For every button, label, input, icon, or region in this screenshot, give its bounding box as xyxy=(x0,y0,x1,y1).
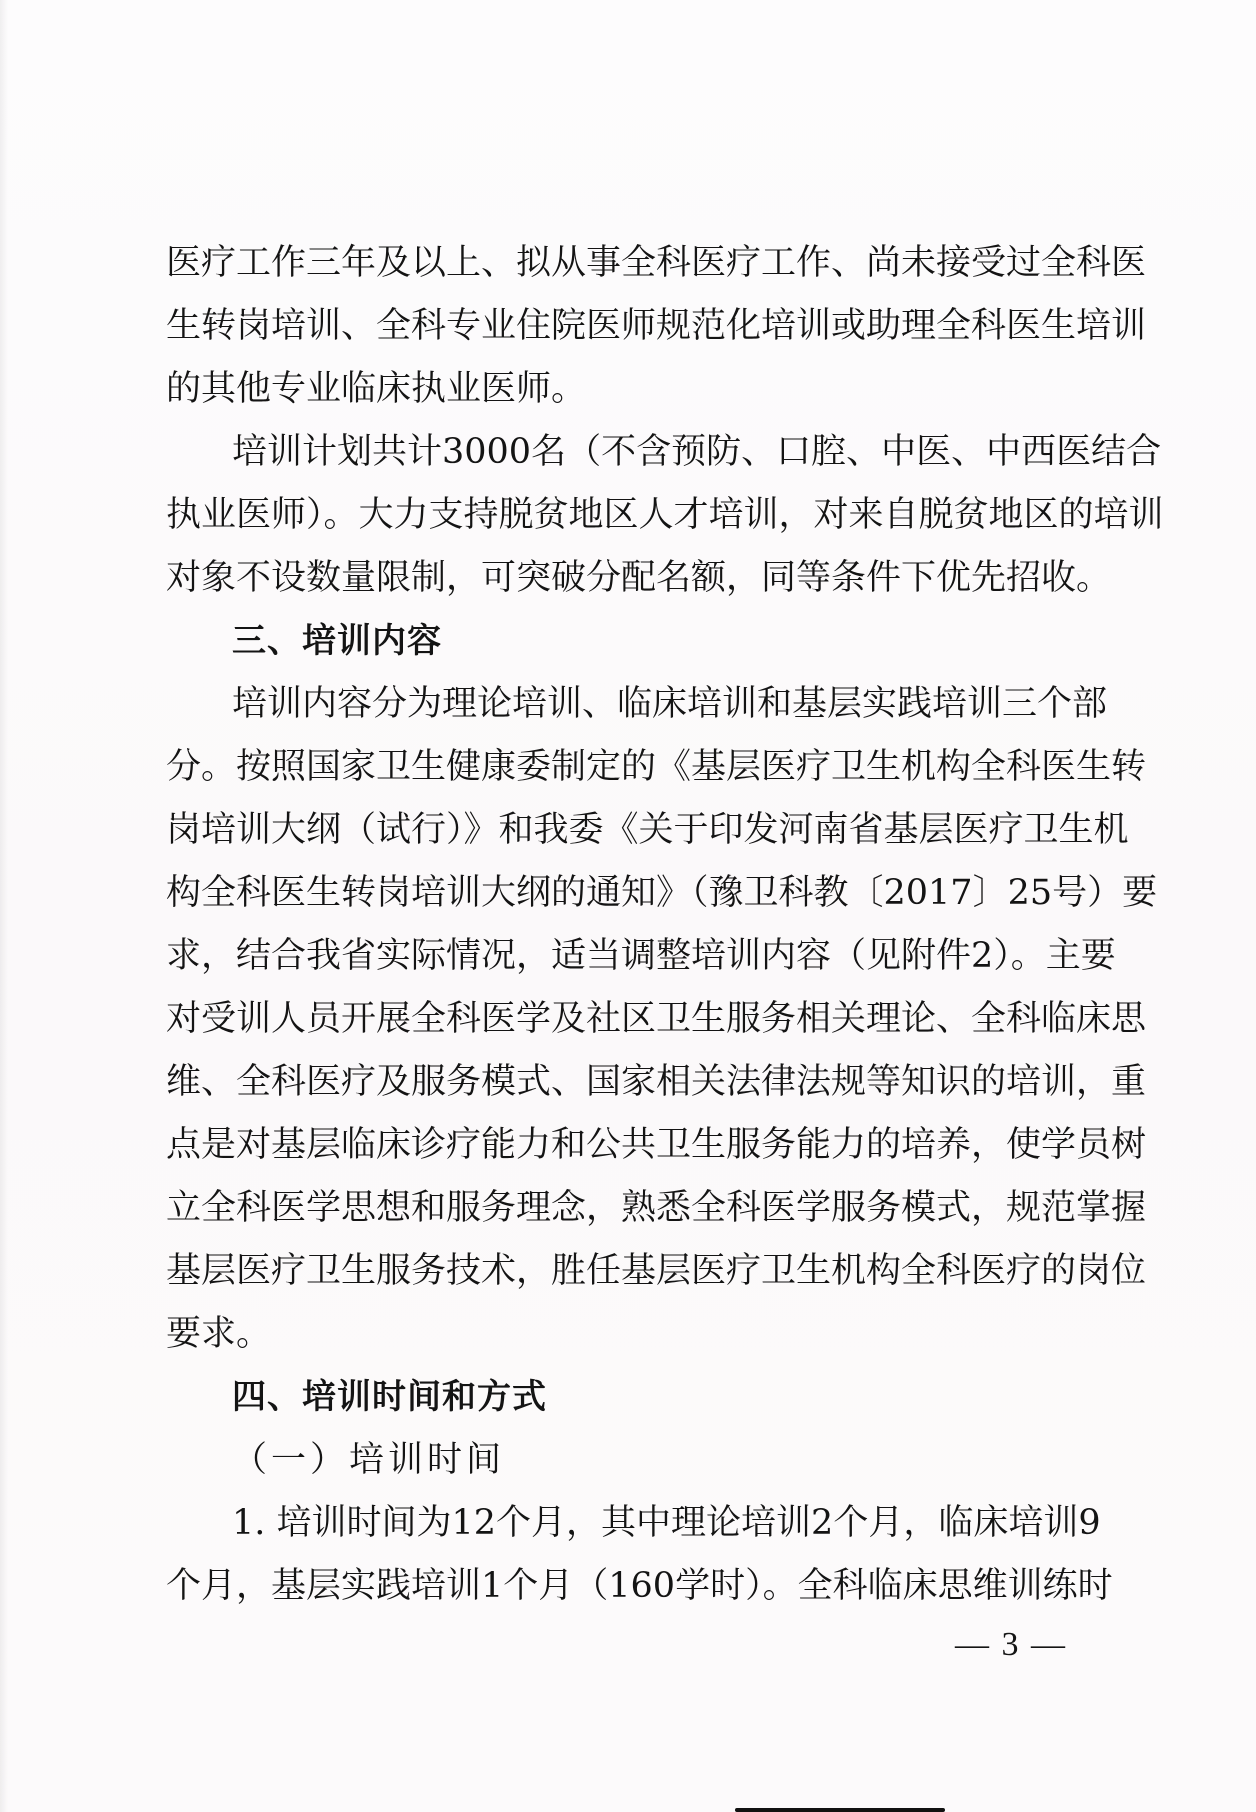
body-line-15: 点是对基层临床诊疗能力和公共卫生服务能力的培养，使学员树 xyxy=(166,1122,1096,1185)
body-line-5: 执业医师）。大力支持脱贫地区人才培训，对来自脱贫地区的培训 xyxy=(166,492,1096,555)
body-line-3: 的其他专业临床执业医师。 xyxy=(166,366,1096,429)
body-line-22: 个月，基层实践培训1个月（160学时）。全科临床思维训练时 xyxy=(166,1563,1096,1626)
body-line-4: 培训计划共计3000名（不含预防、口腔、中医、中西医结合 xyxy=(166,429,1096,492)
body-line-16: 立全科医学思想和服务理念，熟悉全科医学服务模式，规范掌握 xyxy=(166,1185,1096,1248)
body-line-6: 对象不设数量限制，可突破分配名额，同等条件下优先招收。 xyxy=(166,555,1096,618)
scanned-document-page: 医疗工作三年及以上、拟从事全科医疗工作、尚未接受过全科医 生转岗培训、全科专业住… xyxy=(0,0,1256,1812)
body-line-21: 1. 培训时间为12个月，其中理论培训2个月，临床培训9 xyxy=(166,1500,1096,1563)
body-line-11: 构全科医生转岗培训大纲的通知》（豫卫科教〔2017〕25号）要 xyxy=(166,870,1096,933)
page-number: — 3 — xyxy=(955,1626,1067,1664)
document-body: 医疗工作三年及以上、拟从事全科医疗工作、尚未接受过全科医 生转岗培训、全科专业住… xyxy=(166,240,1096,1626)
body-line-10: 岗培训大纲（试行）》和我委《关于印发河南省基层医疗卫生机 xyxy=(166,807,1096,870)
body-line-17: 基层医疗卫生服务技术，胜任基层医疗卫生机构全科医疗的岗位 xyxy=(166,1248,1096,1311)
scan-edge-artifact xyxy=(735,1808,945,1812)
body-line-9: 分。按照国家卫生健康委制定的《基层医疗卫生机构全科医生转 xyxy=(166,744,1096,807)
section-heading-training-content: 三、培训内容 xyxy=(166,618,1096,681)
subsection-heading-training-time: （一）培训时间 xyxy=(166,1437,1096,1500)
body-line-12: 求，结合我省实际情况，适当调整培训内容（见附件2）。主要 xyxy=(166,933,1096,996)
body-line-13: 对受训人员开展全科医学及社区卫生服务相关理论、全科临床思 xyxy=(166,996,1096,1059)
body-line-1: 医疗工作三年及以上、拟从事全科医疗工作、尚未接受过全科医 xyxy=(166,240,1096,303)
body-line-2: 生转岗培训、全科专业住院医师规范化培训或助理全科医生培训 xyxy=(166,303,1096,366)
body-line-8: 培训内容分为理论培训、临床培训和基层实践培训三个部 xyxy=(166,681,1096,744)
body-line-14: 维、全科医疗及服务模式、国家相关法律法规等知识的培训，重 xyxy=(166,1059,1096,1122)
body-line-18: 要求。 xyxy=(166,1311,1096,1374)
section-heading-training-time-and-method: 四、培训时间和方式 xyxy=(166,1374,1096,1437)
